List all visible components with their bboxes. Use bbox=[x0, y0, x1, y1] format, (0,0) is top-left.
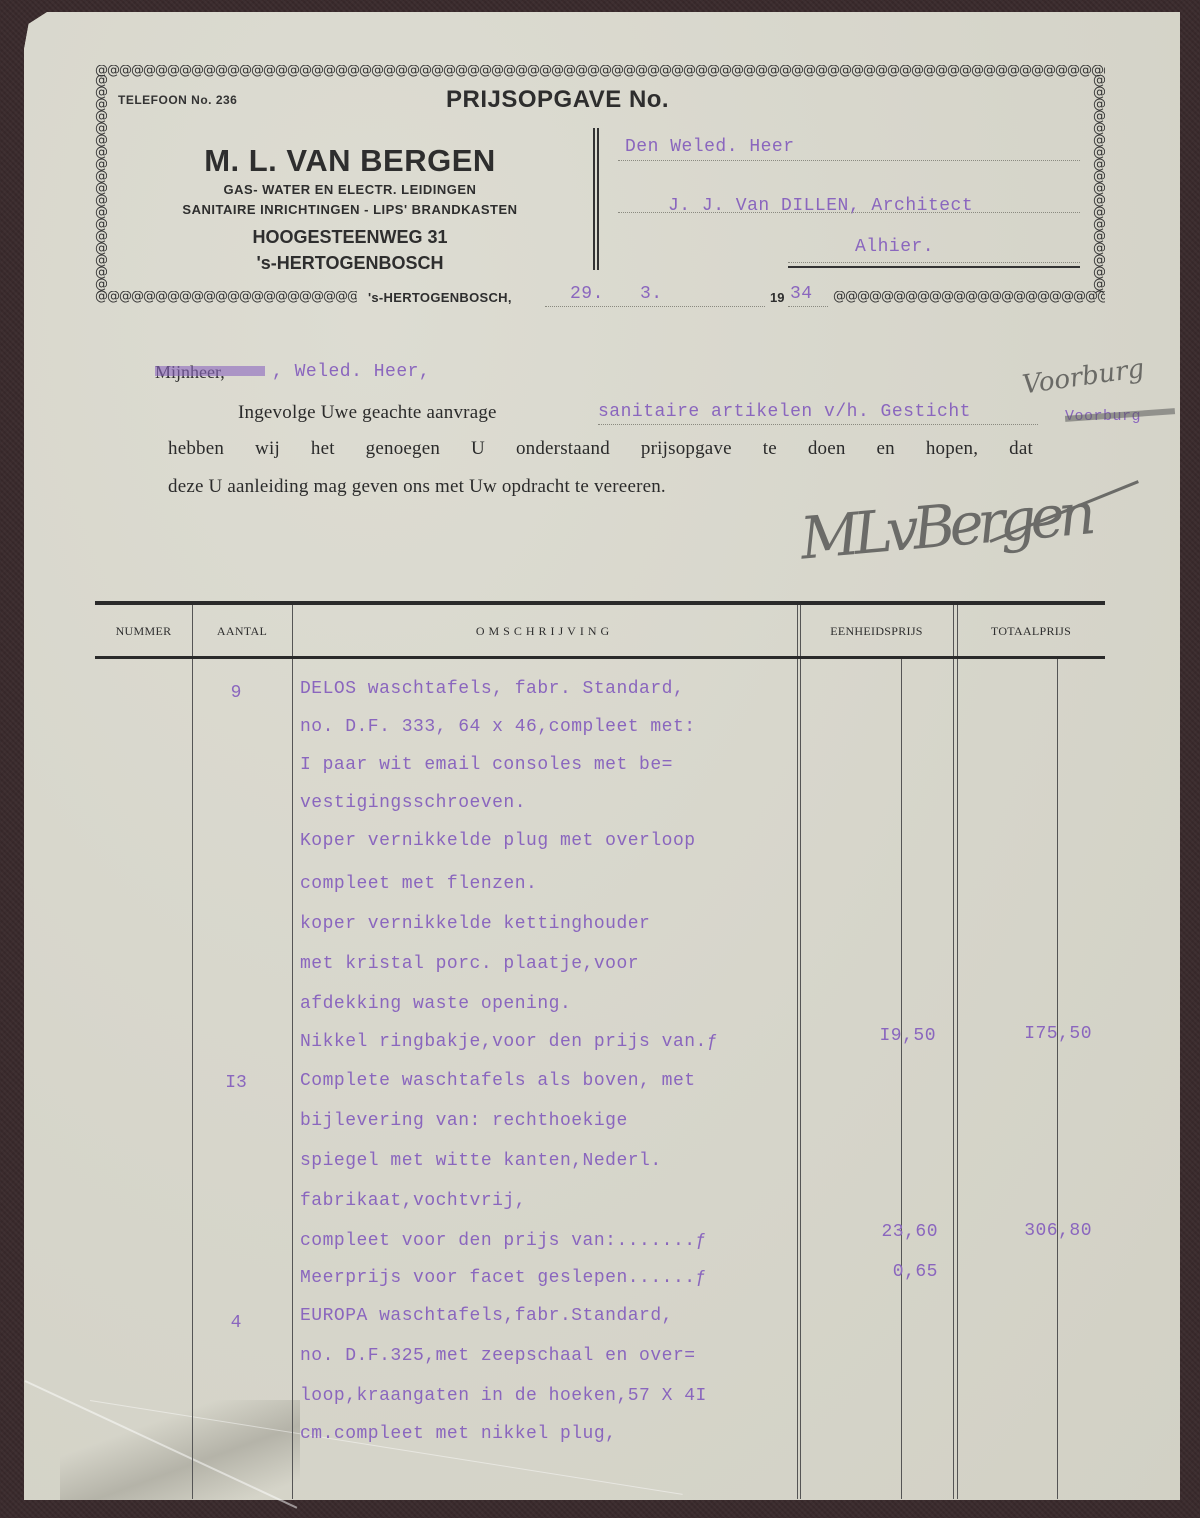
row-1-unit-price: I9,50 bbox=[820, 1026, 936, 1046]
addressee-line-1: Den Weled. Heer bbox=[625, 137, 795, 157]
row-1-total-price: I75,50 bbox=[960, 1024, 1092, 1044]
addressee-line-3: Alhier. bbox=[855, 237, 934, 257]
salutation-typed: , Weled. Heer, bbox=[272, 362, 430, 382]
row-1-desc-line: met kristal porc. plaatje,voor bbox=[300, 954, 639, 974]
row-2-quantity: I3 bbox=[186, 1073, 286, 1093]
column-divider bbox=[957, 659, 958, 1499]
row-2-total-price: 306,80 bbox=[960, 1221, 1092, 1241]
company-services-2: SANITAIRE INRICHTINGEN - LIPS' BRANDKAST… bbox=[95, 202, 605, 217]
row-2-desc-line: bijlevering van: rechthoekige bbox=[300, 1111, 628, 1131]
column-divider bbox=[292, 659, 293, 1499]
date-day: 29. bbox=[570, 284, 604, 304]
column-divider bbox=[800, 659, 801, 1499]
row-1-quantity: 9 bbox=[186, 683, 286, 703]
addressee-line-2: J. J. Van DILLEN, Architect bbox=[668, 196, 973, 216]
dotted-rule bbox=[788, 262, 1080, 263]
cents-divider bbox=[1057, 659, 1058, 1499]
dotted-rule bbox=[788, 306, 828, 307]
row-1-desc-line: Nikkel ringbakje,voor den prijs van.ƒ bbox=[300, 1032, 718, 1052]
column-divider bbox=[800, 605, 801, 656]
column-divider bbox=[192, 605, 193, 656]
row-3-desc-line: cm.compleet met nikkel plug, bbox=[300, 1424, 616, 1444]
row-1-desc-line: koper vernikkelde kettinghouder bbox=[300, 914, 650, 934]
row-1-desc-line: afdekking waste opening. bbox=[300, 994, 571, 1014]
row-2-extra-unit-price: 0,65 bbox=[820, 1262, 938, 1282]
row-1-desc-line: Koper vernikkelde plug met overloop bbox=[300, 831, 696, 851]
telephone-number: TELEFOON No. 236 bbox=[118, 93, 237, 107]
ornamental-border-bottom-left: @@@@@@@@@@@@@@@@@@@@@@@@@@@@@ bbox=[95, 291, 357, 303]
row-1-desc-line: DELOS waschtafels, fabr. Standard, bbox=[300, 679, 684, 699]
header-nummer: NUMMER bbox=[95, 624, 192, 639]
header-omschrijving: OMSCHRIJVING bbox=[292, 624, 797, 639]
dotted-rule bbox=[618, 212, 1080, 213]
column-divider bbox=[797, 605, 798, 656]
ornamental-border-bottom-right: @@@@@@@@@@@@@@@@@@@@@@@@@@@@@@ bbox=[833, 291, 1105, 303]
dotted-rule bbox=[545, 306, 765, 307]
column-divider bbox=[953, 605, 954, 656]
row-2-desc-line: Meerprijs voor facet geslepen......ƒ bbox=[300, 1268, 707, 1288]
letterhead-divider bbox=[593, 128, 599, 270]
row-1-desc-line: no. D.F. 333, 64 x 46,compleet met: bbox=[300, 717, 696, 737]
body-line-2: hebben wij het genoegen U onderstaand pr… bbox=[168, 438, 1033, 460]
body-line-1: Ingevolge Uwe geachte aanvrage bbox=[238, 402, 497, 424]
column-divider bbox=[797, 659, 798, 1499]
row-2-desc-line: fabrikaat,vochtvrij, bbox=[300, 1191, 526, 1211]
row-2-unit-price: 23,60 bbox=[820, 1222, 938, 1242]
column-divider bbox=[292, 605, 293, 656]
row-2-desc-line: spiegel met witte kanten,Nederl. bbox=[300, 1151, 662, 1171]
date-year-prefix: 19 bbox=[770, 290, 784, 305]
document-title: PRIJSOPGAVE No. bbox=[446, 86, 669, 114]
row-3-quantity: 4 bbox=[186, 1313, 286, 1333]
ornamental-border-top: @@@@@@@@@@@@@@@@@@@@@@@@@@@@@@@@@@@@@@@@… bbox=[95, 65, 1105, 77]
row-3-desc-line: EUROPA waschtafels,fabr.Standard, bbox=[300, 1306, 673, 1326]
row-3-desc-line: no. D.F.325,met zeepschaal en over= bbox=[300, 1346, 696, 1366]
date-city-label: 's-HERTOGENBOSCH, bbox=[368, 290, 512, 305]
cents-divider bbox=[901, 659, 902, 1499]
dotted-rule bbox=[618, 160, 1080, 161]
company-services-1: GAS- WATER EN ELECTR. LEIDINGEN bbox=[95, 182, 605, 197]
row-2-desc-line: Complete waschtafels als boven, met bbox=[300, 1071, 696, 1091]
column-divider bbox=[957, 605, 958, 656]
row-1-desc-line: vestigingsschroeven. bbox=[300, 793, 526, 813]
company-name: M. L. VAN BERGEN bbox=[95, 143, 605, 179]
ornamental-border-right: @@@@@@@@@@@@@@@@@@@@ bbox=[1093, 75, 1105, 293]
column-divider bbox=[953, 659, 954, 1499]
header-aantal: AANTAL bbox=[192, 624, 292, 639]
row-1-desc-line: compleet met flenzen. bbox=[300, 874, 537, 894]
row-2-desc-line: compleet voor den prijs van:.......ƒ bbox=[300, 1231, 707, 1251]
header-totaalprijs: TOTAALPRIJS bbox=[957, 624, 1105, 639]
address-underline bbox=[788, 266, 1080, 268]
header-eenheidsprijs: EENHEIDSPRIJS bbox=[800, 624, 953, 639]
body-line-1-typed: sanitaire artikelen v/h. Gesticht bbox=[598, 402, 971, 422]
company-street: HOOGESTEENWEG 31 bbox=[95, 227, 605, 248]
date-month: 3. bbox=[640, 284, 663, 304]
date-year-suffix: 34 bbox=[790, 284, 813, 304]
body-line-3: deze U aanleiding mag geven ons met Uw o… bbox=[168, 476, 666, 498]
row-3-desc-line: loop,kraangaten in de hoeken,57 X 4I bbox=[300, 1386, 707, 1406]
strikethrough-mark bbox=[155, 366, 265, 376]
row-1-desc-line: I paar wit email consoles met be= bbox=[300, 755, 673, 775]
company-city: 's-HERTOGENBOSCH bbox=[95, 253, 605, 274]
dotted-rule bbox=[598, 424, 1038, 425]
